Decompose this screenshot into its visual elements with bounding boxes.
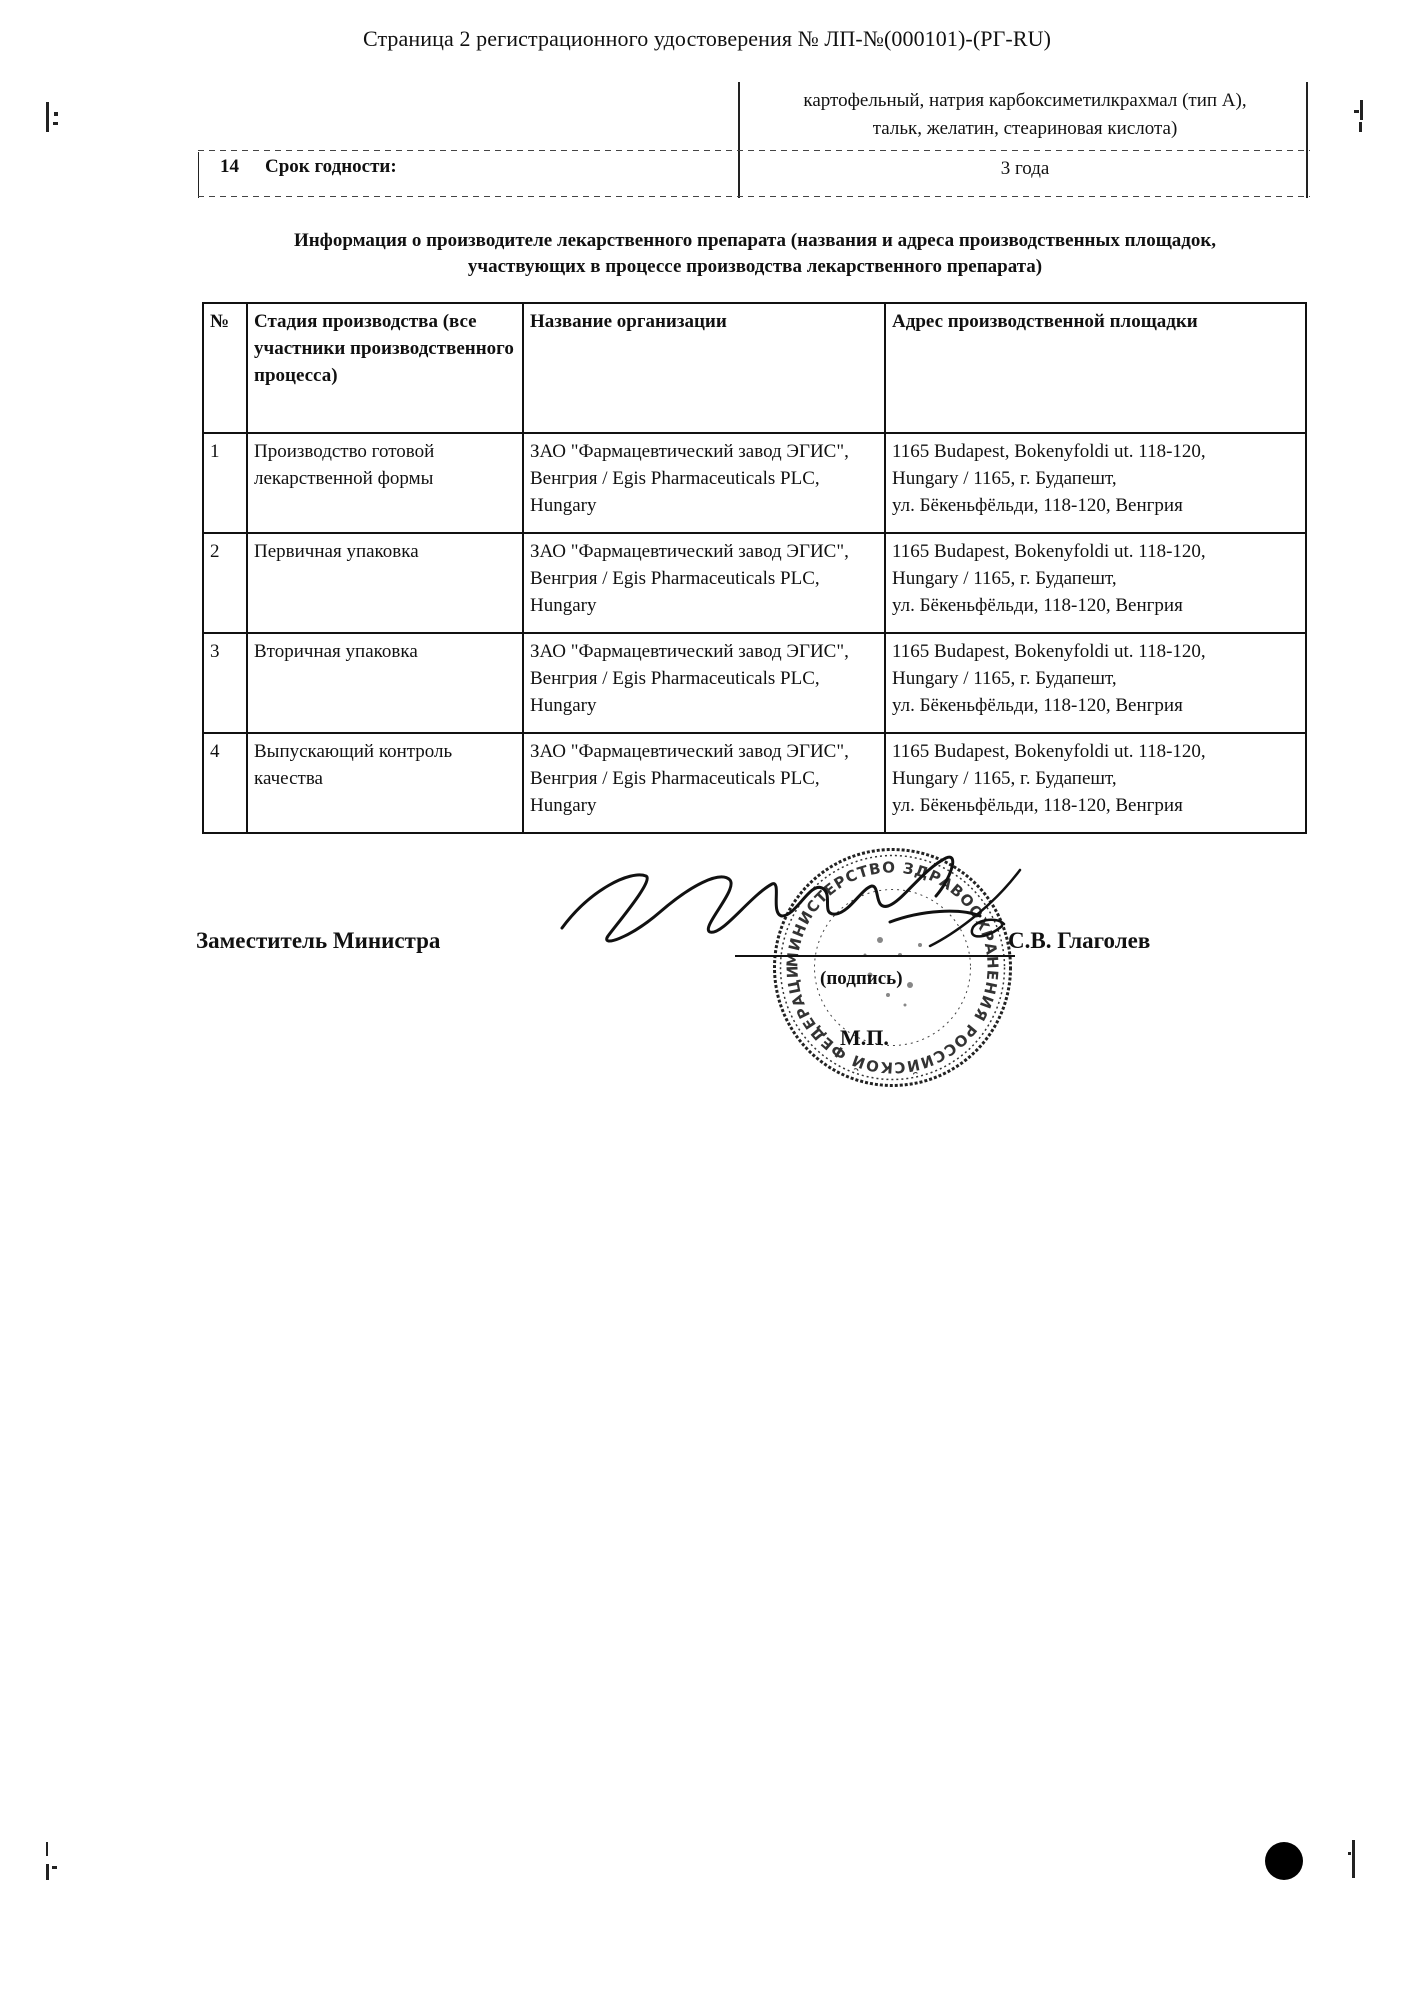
ink-blot-icon	[1265, 1842, 1303, 1880]
address-line: ул. Бёкеньфёльди, 118-120, Венгрия	[892, 692, 1299, 719]
table-header-row: № Стадия производства (все участники про…	[203, 303, 1306, 433]
section-title-line-1: Информация о производителе лекарственног…	[180, 228, 1330, 254]
address-line: Hungary / 1165, г. Будапешт,	[892, 765, 1299, 792]
composition-line-2: тальк, желатин, стеариновая кислота)	[740, 116, 1310, 142]
row-stage: Вторичная упаковка	[247, 633, 523, 733]
handwritten-signature-icon	[550, 850, 1070, 970]
address-line: Hungary / 1165, г. Будапешт,	[892, 565, 1299, 592]
row-address: 1165 Budapest, Bokenyfoldi ut. 118-120, …	[885, 433, 1306, 533]
address-line: ул. Бёкеньфёльди, 118-120, Венгрия	[892, 792, 1299, 819]
row-stage: Первичная упаковка	[247, 533, 523, 633]
scan-artifact-icon	[1352, 100, 1366, 134]
row-address: 1165 Budapest, Bokenyfoldi ut. 118-120, …	[885, 633, 1306, 733]
address-line: ул. Бёкеньфёльди, 118-120, Венгрия	[892, 492, 1299, 519]
row-organization: ЗАО "Фармацевтический завод ЭГИС", Венгр…	[523, 533, 885, 633]
row-num: 3	[203, 633, 247, 733]
row-organization: ЗАО "Фармацевтический завод ЭГИС", Венгр…	[523, 433, 885, 533]
scan-artifact-icon	[1348, 1840, 1358, 1880]
table-row: 1 Производство готовой лекарственной фор…	[203, 433, 1306, 533]
signatory-name: С.В. Глаголев	[1008, 928, 1150, 954]
row-num: 2	[203, 533, 247, 633]
manufacturer-table: № Стадия производства (все участники про…	[202, 302, 1307, 834]
composition-line-1: картофельный, натрия карбоксиметилкрахма…	[740, 88, 1310, 114]
page-header: Страница 2 регистрационного удостоверени…	[0, 26, 1414, 52]
row-num: 4	[203, 733, 247, 833]
address-line: Hungary / 1165, г. Будапешт,	[892, 665, 1299, 692]
row-stage: Производство готовой лекарственной формы	[247, 433, 523, 533]
manufacturer-section-title: Информация о производителе лекарственног…	[180, 228, 1330, 280]
header-address: Адрес производственной площадки	[885, 303, 1306, 433]
address-line: Hungary / 1165, г. Будапешт,	[892, 465, 1299, 492]
header-num: №	[203, 303, 247, 433]
table-row: 2 Первичная упаковка ЗАО "Фармацевтическ…	[203, 533, 1306, 633]
header-stage: Стадия производства (все участники произ…	[247, 303, 523, 433]
shelf-life-label: Срок годности:	[265, 156, 397, 178]
table-row: 4 Выпускающий контроль качества ЗАО "Фар…	[203, 733, 1306, 833]
item-number: 14	[220, 156, 239, 178]
address-line: 1165 Budapest, Bokenyfoldi ut. 118-120,	[892, 438, 1299, 465]
header-organization: Название организации	[523, 303, 885, 433]
fragment-left-border	[198, 152, 199, 198]
fragment-row-separator	[198, 150, 1310, 151]
table-row: 3 Вторичная упаковка ЗАО "Фармацевтическ…	[203, 633, 1306, 733]
previous-table-fragment: картофельный, натрия карбоксиметилкрахма…	[198, 82, 1310, 198]
address-line: 1165 Budapest, Bokenyfoldi ut. 118-120,	[892, 538, 1299, 565]
row-num: 1	[203, 433, 247, 533]
address-line: 1165 Budapest, Bokenyfoldi ut. 118-120,	[892, 738, 1299, 765]
signatory-role: Заместитель Министра	[196, 928, 440, 954]
row-organization: ЗАО "Фармацевтический завод ЭГИС", Венгр…	[523, 733, 885, 833]
scan-artifact-icon	[46, 102, 60, 136]
shelf-life-value: 3 года	[740, 156, 1310, 182]
section-title-line-2: участвующих в процессе производства лека…	[180, 254, 1330, 280]
signature-line	[735, 955, 1015, 957]
scan-artifact-icon	[44, 1842, 60, 1882]
seal-place-mark: М.П.	[840, 1025, 889, 1051]
fragment-bottom-border	[198, 196, 1310, 197]
address-line: ул. Бёкеньфёльди, 118-120, Венгрия	[892, 592, 1299, 619]
row-address: 1165 Budapest, Bokenyfoldi ut. 118-120, …	[885, 733, 1306, 833]
row-address: 1165 Budapest, Bokenyfoldi ut. 118-120, …	[885, 533, 1306, 633]
address-line: 1165 Budapest, Bokenyfoldi ut. 118-120,	[892, 638, 1299, 665]
signature-caption: (подпись)	[820, 968, 903, 990]
row-organization: ЗАО "Фармацевтический завод ЭГИС", Венгр…	[523, 633, 885, 733]
row-stage: Выпускающий контроль качества	[247, 733, 523, 833]
